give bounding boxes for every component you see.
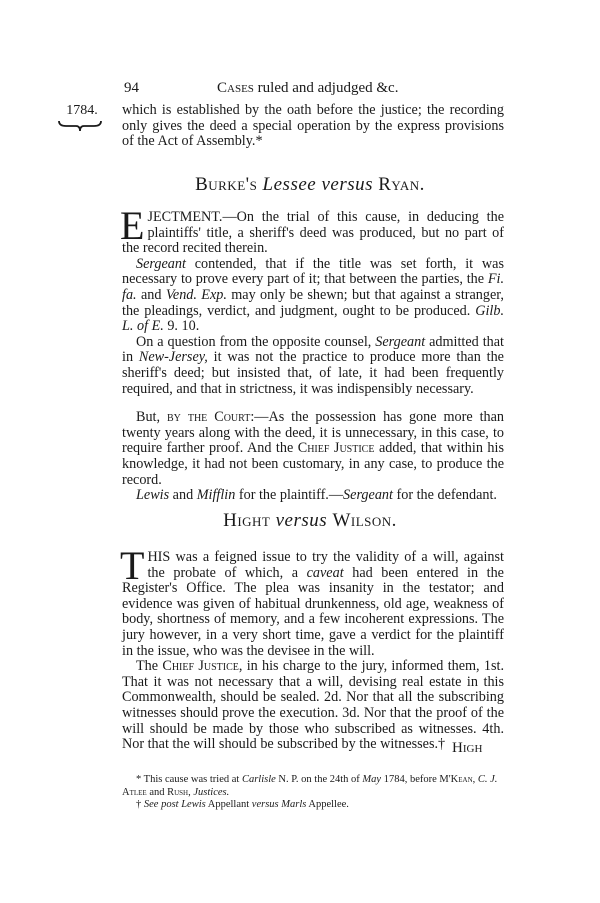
page-number: 94 [124, 80, 139, 97]
case2-paragraph-1: THIS was a feigned issue to try the vali… [122, 550, 504, 659]
case1-paragraph-3: On a question from the opposite counsel,… [122, 335, 504, 397]
case-title-part: Wilson. [332, 510, 396, 531]
case-title-italic: Lessee versus [263, 174, 373, 195]
footnote-text: Appellee. [306, 799, 349, 810]
drop-cap: E [120, 211, 144, 241]
paragraph-text: The [136, 658, 162, 674]
running-title-rest: ruled and adjudged &c. [254, 80, 399, 96]
running-title: Cases ruled and adjudged &c. [217, 80, 398, 97]
footnote-text: Appellant [206, 799, 252, 810]
footnote-smallcaps: Atlee [122, 787, 147, 798]
drop-cap: T [120, 551, 144, 581]
case-title-hight-v-wilson: Hight versus Wilson. [100, 510, 520, 532]
paragraph-text: for the plaintiff.— [235, 487, 343, 503]
catchword: High [452, 740, 482, 757]
footnote-1: * This cause was tried at Carlisle N. P.… [122, 774, 507, 799]
case1-body: EJECTMENT.—On the trial of this cause, i… [122, 210, 504, 504]
smallcaps-text: Chief Justice [162, 658, 239, 674]
italic-name: Mifflin [197, 487, 236, 503]
footnote-text: and [147, 787, 167, 798]
case-title-part: Burke's [195, 174, 257, 195]
running-header: 94 Cases ruled and adjudged &c. [124, 80, 464, 100]
footnote-text: † [136, 799, 144, 810]
margin-brace-icon [58, 120, 102, 132]
footnote-italic: Justices. [193, 787, 229, 798]
italic-name: Sergeant [343, 487, 393, 503]
paragraph-text: But, [136, 409, 167, 425]
smallcaps-text: by the Court [167, 409, 250, 425]
footnote-smallcaps: M'Kean [439, 774, 472, 785]
case1-counsel-line: Lewis and Mifflin for the plaintiff.—Ser… [122, 488, 504, 504]
italic-term: Vend. Exp. [166, 287, 227, 303]
paragraph-text: for the defendant. [393, 487, 497, 503]
footnotes: * This cause was tried at Carlisle N. P.… [122, 774, 507, 812]
italic-name: Lewis [136, 487, 169, 503]
case1-paragraph-4: But, by the Court:—As the possession has… [122, 410, 504, 488]
case2-body: THIS was a feigned issue to try the vali… [122, 550, 504, 753]
running-title-smallcaps: Cases [217, 80, 254, 96]
paragraph-text: On a question from the opposite counsel, [136, 334, 375, 350]
footnote-text: * This cause was tried at [136, 774, 242, 785]
document-page: 94 Cases ruled and adjudged &c. 1784. wh… [0, 0, 600, 903]
continuation-text: which is established by the oath before … [122, 103, 504, 150]
paragraph-text: and [169, 487, 197, 503]
case2-paragraph-2: The Chief Justice, in his charge to the … [122, 659, 504, 753]
case-title-burke-v-ryan: Burke's Lessee versus Ryan. [100, 174, 520, 196]
case1-paragraph-2: Sergeant contended, that if the title wa… [122, 257, 504, 335]
footnote-italic: C. J. [478, 774, 498, 785]
margin-year-note: 1784. [56, 103, 108, 119]
footnote-italic: Carlisle [242, 774, 276, 785]
case1-paragraph-1: EJECTMENT.—On the trial of this cause, i… [122, 210, 504, 257]
footnote-text: 1784, before [381, 774, 439, 785]
paragraph-text: JECTMENT.—On the trial of this cause, in… [122, 209, 504, 256]
case-title-part: Hight [223, 510, 270, 531]
footnote-italic: May [362, 774, 381, 785]
footnote-2: † See post Lewis Appellant versus Marls … [122, 799, 507, 812]
continuation-paragraph: which is established by the oath before … [122, 103, 504, 150]
italic-place: New-Jersey, [139, 349, 208, 365]
italic-name: Sergeant [136, 256, 186, 272]
footnote-text: N. P. on the 24th of [276, 774, 363, 785]
case-title-italic: versus [276, 510, 328, 531]
italic-term: caveat [307, 565, 344, 581]
footnote-italic: See post Lewis [144, 799, 206, 810]
italic-name: Sergeant [375, 334, 425, 350]
footnote-smallcaps: Rush [167, 787, 188, 798]
paragraph-text: and [137, 287, 166, 303]
case-title-part: Ryan. [378, 174, 425, 195]
footnote-italic: versus Marls [252, 799, 307, 810]
smallcaps-text: Chief Justice [298, 440, 375, 456]
paragraph-text: 9. 10. [164, 318, 199, 334]
